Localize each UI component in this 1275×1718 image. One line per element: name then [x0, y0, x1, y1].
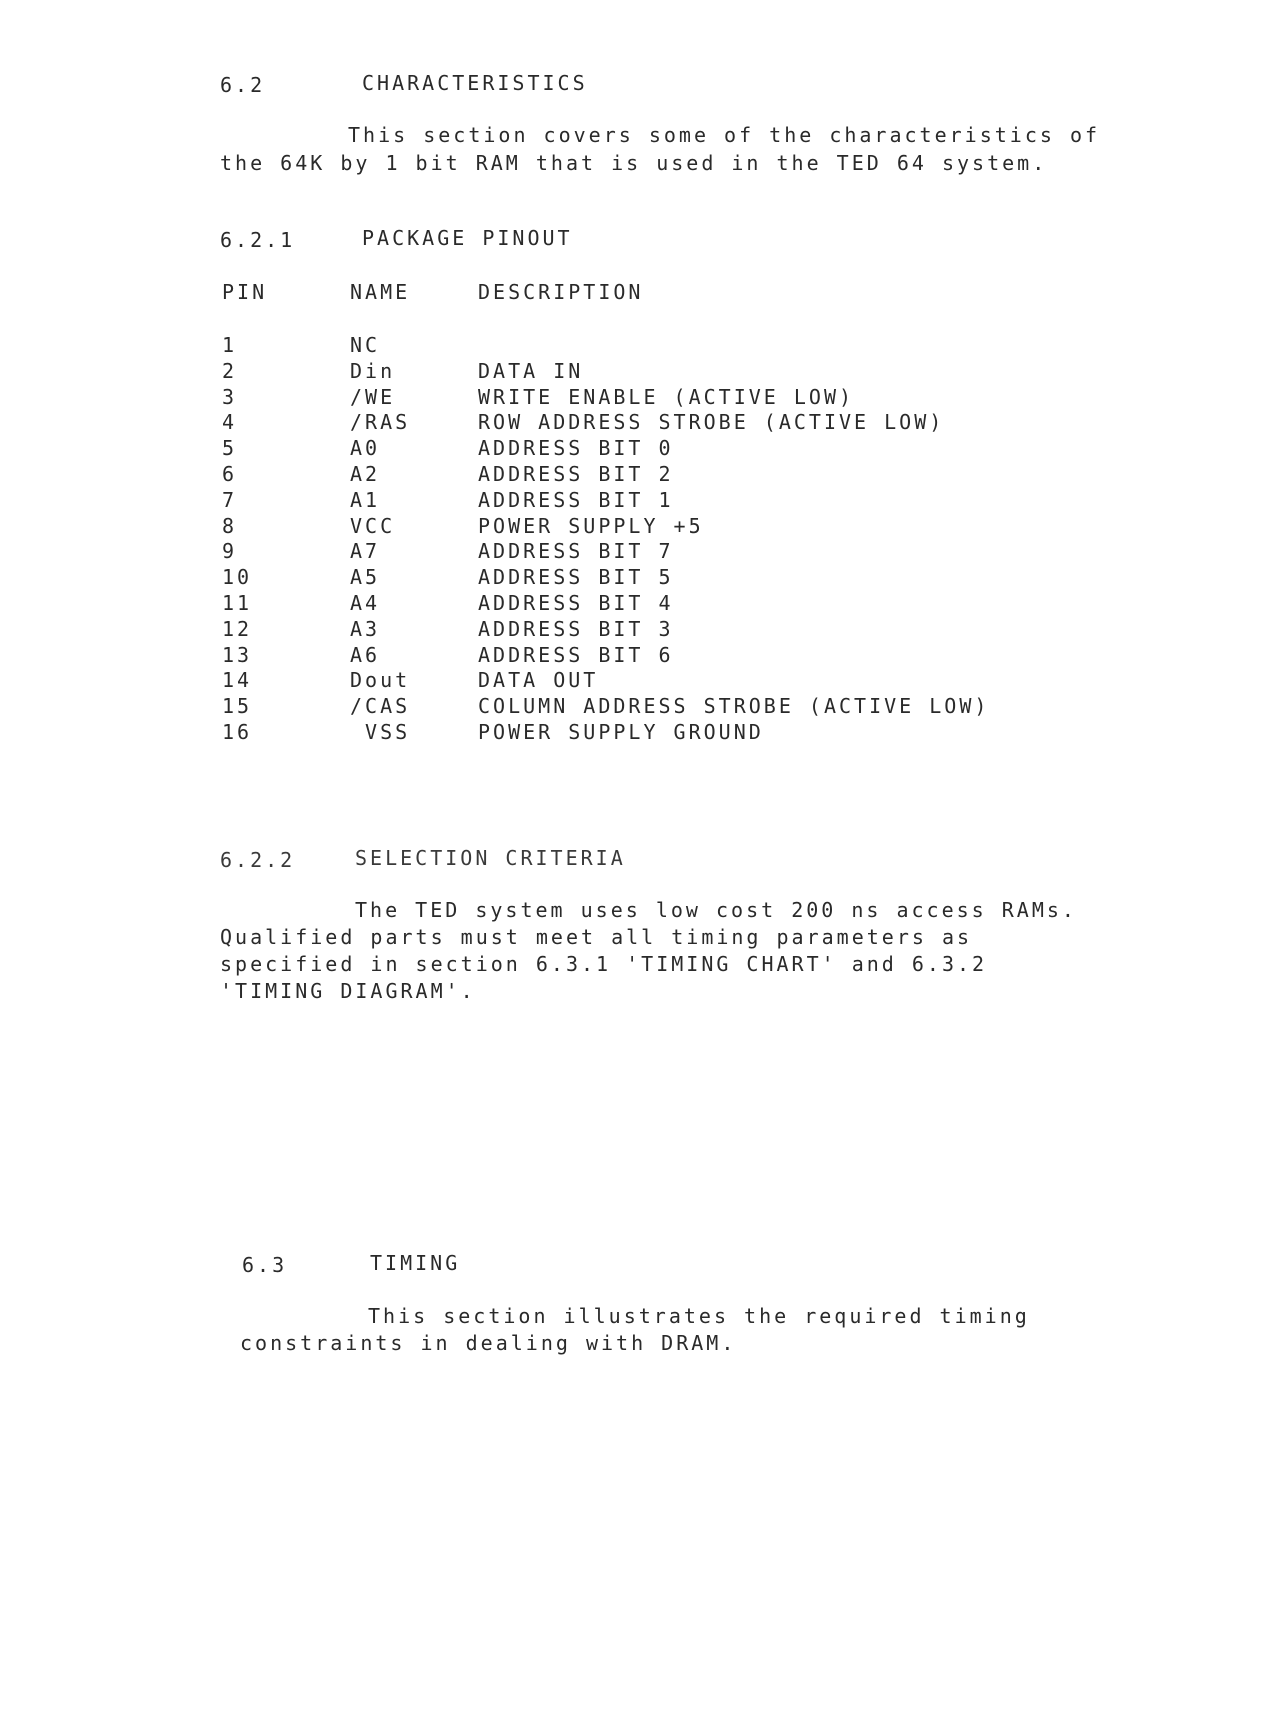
pin-cell: 15	[222, 694, 252, 718]
column-header-pin: PIN	[222, 280, 267, 304]
section-number: 6.2.2	[220, 850, 295, 870]
pin-cell: 6	[222, 462, 237, 486]
description-cell: ADDRESS BIT 4	[478, 591, 674, 615]
table-row: 14DoutDATA OUT	[0, 668, 1275, 694]
pin-cell: 4	[222, 410, 237, 434]
section-number: 6.2	[220, 75, 265, 95]
pin-cell: 5	[222, 436, 237, 460]
section-title: TIMING	[370, 1253, 460, 1273]
name-cell: VSS	[350, 720, 410, 744]
pin-cell: 1	[222, 333, 237, 357]
description-cell: COLUMN ADDRESS STROBE (ACTIVE LOW)	[478, 694, 989, 718]
description-cell: ADDRESS BIT 3	[478, 617, 674, 641]
name-cell: /WE	[350, 385, 395, 409]
name-cell: /RAS	[350, 410, 410, 434]
name-cell: A6	[350, 643, 380, 667]
table-row: 11A4ADDRESS BIT 4	[0, 591, 1275, 617]
name-cell: A2	[350, 462, 380, 486]
pin-cell: 16	[222, 720, 252, 744]
pin-cell: 11	[222, 591, 252, 615]
table-row: 15/CASCOLUMN ADDRESS STROBE (ACTIVE LOW)	[0, 694, 1275, 720]
name-cell: A4	[350, 591, 380, 615]
pin-cell: 9	[222, 539, 237, 563]
paragraph-line: This section covers some of the characte…	[220, 125, 1100, 145]
section-title: SELECTION CRITERIA	[355, 848, 626, 868]
table-row: 16 VSSPOWER SUPPLY GROUND	[0, 720, 1275, 746]
description-cell: ADDRESS BIT 2	[478, 462, 674, 486]
table-row: 6A2ADDRESS BIT 2	[0, 462, 1275, 488]
table-row: 2DinDATA IN	[0, 359, 1275, 385]
description-cell: ADDRESS BIT 6	[478, 643, 674, 667]
name-cell: A0	[350, 436, 380, 460]
table-header-row: PIN NAME DESCRIPTION	[0, 280, 1275, 306]
pin-cell: 8	[222, 514, 237, 538]
pin-cell: 13	[222, 643, 252, 667]
pin-cell: 7	[222, 488, 237, 512]
description-cell: ADDRESS BIT 5	[478, 565, 674, 589]
name-cell: Dout	[350, 668, 410, 692]
table-row: 10A5ADDRESS BIT 5	[0, 565, 1275, 591]
paragraph-line: The TED system uses low cost 200 ns acce…	[220, 900, 1077, 920]
section-number: 6.2.1	[220, 230, 295, 250]
name-cell: /CAS	[350, 694, 410, 718]
pin-cell: 14	[222, 668, 252, 692]
pin-cell: 2	[222, 359, 237, 383]
description-cell: POWER SUPPLY GROUND	[478, 720, 764, 744]
description-cell: ADDRESS BIT 0	[478, 436, 674, 460]
paragraph-line: Qualified parts must meet all timing par…	[220, 927, 972, 947]
paragraph-line: 'TIMING DIAGRAM'.	[220, 981, 476, 1001]
description-cell: ADDRESS BIT 1	[478, 488, 674, 512]
name-cell: VCC	[350, 514, 395, 538]
description-cell: DATA IN	[478, 359, 583, 383]
description-cell: WRITE ENABLE (ACTIVE LOW)	[478, 385, 854, 409]
column-header-name: NAME	[350, 280, 410, 304]
description-cell: DATA OUT	[478, 668, 598, 692]
pin-cell: 10	[222, 565, 252, 589]
table-row: 7A1ADDRESS BIT 1	[0, 488, 1275, 514]
description-cell: ROW ADDRESS STROBE (ACTIVE LOW)	[478, 410, 944, 434]
name-cell: A1	[350, 488, 380, 512]
name-cell: A5	[350, 565, 380, 589]
paragraph-line: constraints in dealing with DRAM.	[240, 1333, 736, 1353]
paragraph-line: specified in section 6.3.1 'TIMING CHART…	[220, 954, 987, 974]
description-cell: POWER SUPPLY +5	[478, 514, 704, 538]
table-row: 8VCCPOWER SUPPLY +5	[0, 514, 1275, 540]
paragraph-line: the 64K by 1 bit RAM that is used in the…	[220, 153, 1047, 173]
name-cell: A7	[350, 539, 380, 563]
description-cell: ADDRESS BIT 7	[478, 539, 674, 563]
pin-cell: 12	[222, 617, 252, 641]
section-title: CHARACTERISTICS	[362, 73, 588, 93]
name-cell: A3	[350, 617, 380, 641]
table-row: 1NC	[0, 333, 1275, 359]
pin-cell: 3	[222, 385, 237, 409]
section-title: PACKAGE PINOUT	[362, 228, 573, 248]
table-row: 9A7ADDRESS BIT 7	[0, 539, 1275, 565]
table-row: 3/WEWRITE ENABLE (ACTIVE LOW)	[0, 385, 1275, 411]
table-row: 13A6ADDRESS BIT 6	[0, 643, 1275, 669]
table-row: 4/RASROW ADDRESS STROBE (ACTIVE LOW)	[0, 410, 1275, 436]
column-header-description: DESCRIPTION	[478, 280, 643, 304]
paragraph-line: This section illustrates the required ti…	[240, 1306, 1030, 1326]
table-row: 5A0ADDRESS BIT 0	[0, 436, 1275, 462]
name-cell: Din	[350, 359, 395, 383]
name-cell: NC	[350, 333, 380, 357]
section-number: 6.3	[242, 1255, 287, 1275]
table-row: 12A3ADDRESS BIT 3	[0, 617, 1275, 643]
